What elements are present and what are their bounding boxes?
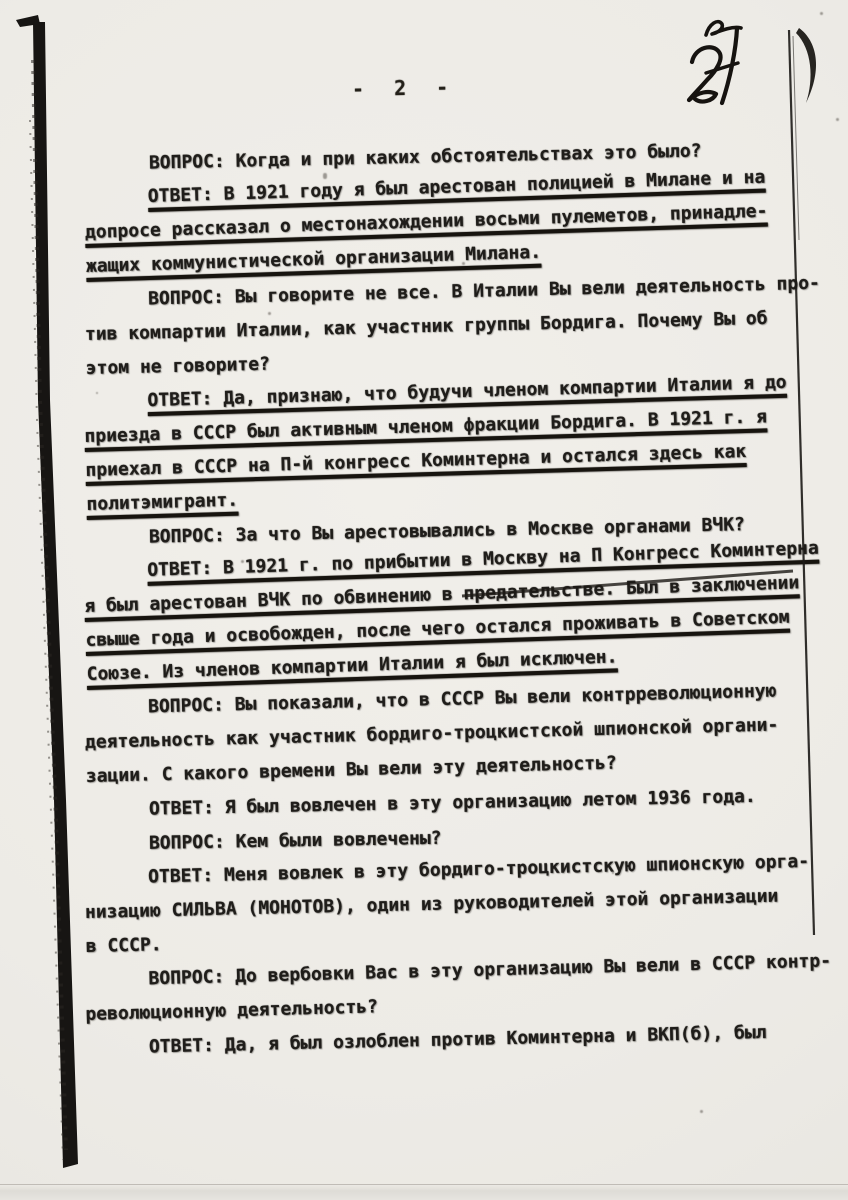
paragraph-question-7: ВОПРОС: Вы показали, что в СССР Вы вели … <box>84 674 806 794</box>
paper-bottom-edge <box>0 1184 848 1200</box>
paragraph-answer-10: ОТВЕТ: Меня вовлек в эту бордиго-троцкис… <box>84 845 806 964</box>
document-page: - 2 - ВОПРОС: Когда и при каких обстояте… <box>0 0 848 1200</box>
page-number: - 2 - <box>352 75 458 101</box>
dialog-text: ВОПРОС: Когда и при каких обстоятельства… <box>85 148 805 1066</box>
binding-edge <box>16 15 78 1168</box>
handwritten-mark <box>796 28 816 103</box>
handwritten-page-number <box>689 22 741 103</box>
paragraph-answer-2: ОТВЕТ: В 1921 году я был арестован полиц… <box>83 159 806 284</box>
paragraph-answer-4: ОТВЕТ: Да, признаю, что будучи членом ко… <box>83 365 807 522</box>
paragraph-answer-6: ОТВЕТ: В 1921 г. по прибытии в Москву на… <box>83 532 807 692</box>
